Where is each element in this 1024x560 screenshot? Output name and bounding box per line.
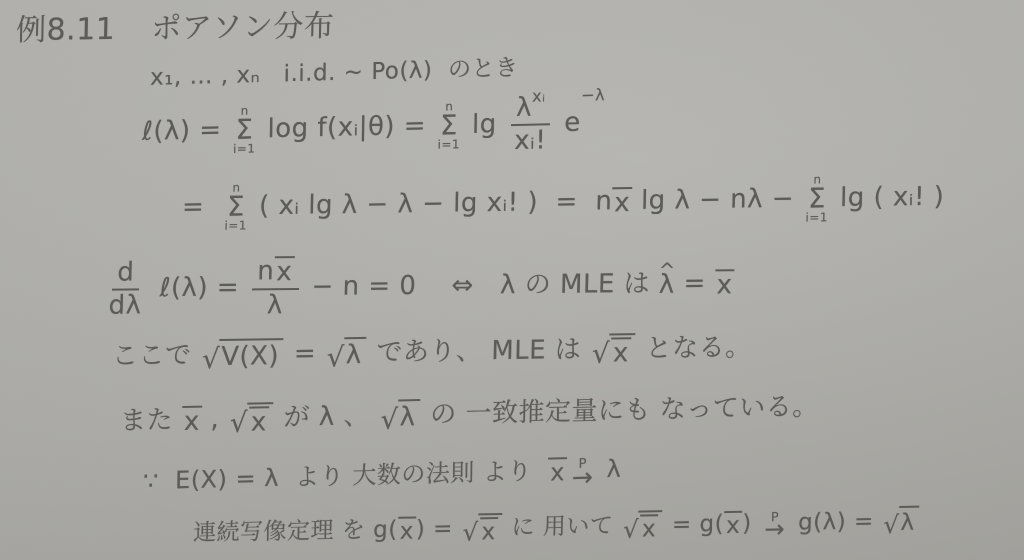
text-run: e <box>555 109 581 139</box>
sqrt-expression: √x <box>623 510 663 542</box>
superscript: xᵢ <box>532 89 546 105</box>
radicand: V(X) <box>219 338 284 373</box>
sqrt-expression: √x <box>462 513 502 545</box>
text-run: 連続写像定理 を g( <box>193 517 398 547</box>
arrow-shaft-icon: → <box>764 523 785 537</box>
text-run: また <box>120 406 182 437</box>
note-line-consistency: また x , √x が λ 、 √λ の 一致推定量にも なっている。 <box>120 391 819 440</box>
text-run: xᵢ! <box>514 128 546 156</box>
text-run: g(λ) = <box>790 509 882 537</box>
text-run: ℓ(λ) = <box>142 116 231 148</box>
bar-over: x <box>612 187 633 218</box>
sum-symbol: nΣi=1 <box>437 102 460 152</box>
bar-over: x <box>397 516 416 543</box>
radicand: λ <box>898 506 919 537</box>
text-run: log f(xᵢ|θ) = <box>259 112 436 146</box>
sqrt-sign-icon: √ <box>592 341 610 369</box>
note-line-lln: ∵ E(X) = λ より 大数の法則 より xP→ λ <box>143 456 621 497</box>
text-run: V(X) <box>221 342 280 373</box>
fraction: nxλ <box>251 256 300 320</box>
text-run: = g( <box>664 511 724 538</box>
denominator: xᵢ! <box>509 126 551 156</box>
text-run: が λ 、 <box>275 402 379 434</box>
text-run: = <box>285 340 325 370</box>
sqrt-sign-icon: √ <box>202 346 220 374</box>
numerator: λxᵢ <box>511 94 551 126</box>
radicand: λ <box>343 337 366 371</box>
sqrt-sign-icon: √ <box>883 513 899 537</box>
sqrt-expression: √λ <box>327 337 367 371</box>
bar-over: x <box>274 256 295 286</box>
text-run: 例8.11 <box>16 13 116 49</box>
note-line-derivative: ddλ ℓ(λ) = nxλ − n = 0 ⇔ λ の MLE は λ = x <box>99 252 735 321</box>
text-run: lg <box>463 111 506 142</box>
sqrt-expression: √λ <box>380 399 419 434</box>
text-run: = <box>182 193 222 223</box>
bar-over: x <box>611 337 632 368</box>
text-run: λ <box>900 510 915 537</box>
fraction: ddλ <box>103 259 147 320</box>
sigma-icon: Σ <box>235 118 253 144</box>
note-line-sqrt-v: ここで √V(X) = √λ であり、 MLE は √x となる。 <box>112 332 752 375</box>
text-run: ) = <box>416 516 461 543</box>
sqrt-sign-icon: √ <box>623 518 639 542</box>
numerator: d <box>112 259 140 291</box>
radicand: λ <box>397 399 419 433</box>
sqrt-expression: √V(X) <box>202 338 283 373</box>
bar-over: x <box>249 406 269 437</box>
sum-symbol: nΣi=1 <box>224 182 247 232</box>
sum-symbol: nΣi=1 <box>805 174 828 224</box>
note-line-heading: 例8.11ポアソン分布 <box>16 10 335 49</box>
arrow-shaft-icon: → <box>572 470 594 484</box>
text-run: λ <box>399 403 415 433</box>
text-run: , <box>202 405 229 435</box>
text-run: lg ( xᵢ! ) <box>831 183 945 214</box>
text-run: ここで <box>112 341 201 372</box>
note-line-setup: x₁, … , xₙ i.i.d. ∼ Po(λ) のとき <box>150 55 519 91</box>
note-line-cmt: 連続写像定理 を g(x) = √x に 用いて √x = g(x) P→ g(… <box>193 506 921 550</box>
text-run: λ <box>345 341 362 371</box>
bar-over: x <box>182 406 202 437</box>
text-run: λ <box>598 456 621 484</box>
sum-symbol: nΣi=1 <box>233 106 256 156</box>
text-run: の 一致推定量にも なっている。 <box>421 393 819 431</box>
radicand: x <box>609 333 636 368</box>
prob-convergence-arrow: P→ <box>572 457 594 485</box>
denominator: dλ <box>103 290 147 320</box>
notebook-page: 例8.11ポアソン分布x₁, … , xₙ i.i.d. ∼ Po(λ) のとき… <box>0 0 1024 560</box>
numerator: nx <box>252 256 300 291</box>
sigma-icon: Σ <box>227 194 245 220</box>
denominator: λ <box>262 290 289 320</box>
note-line-loglik: ℓ(λ) = nΣi=1 log f(xᵢ|θ) = nΣi=1 lg λxᵢx… <box>142 93 606 163</box>
sum-lower: i=1 <box>233 144 256 156</box>
text-run: dλ <box>108 292 142 320</box>
sigma-icon: Σ <box>440 114 458 140</box>
radicand: x <box>477 513 502 545</box>
text-run: ( xᵢ lg λ − λ − lg xᵢ! ) = n <box>250 187 613 222</box>
bar-over: x <box>548 457 567 486</box>
bar-over: x <box>479 517 498 544</box>
sum-lower: i=1 <box>805 212 828 224</box>
sqrt-expression: √x <box>230 402 273 437</box>
text-run: となる。 <box>637 334 752 366</box>
hat-over: λ <box>658 271 675 301</box>
sqrt-sign-icon: √ <box>462 520 478 544</box>
text-run: ℓ(λ) = <box>151 273 249 304</box>
text-run: ) <box>742 511 760 538</box>
text-run: − n = 0 ⇔ λ の MLE は <box>302 270 659 303</box>
text-run: d <box>117 259 135 286</box>
bar-over: x <box>724 511 743 538</box>
radicand: x <box>638 510 663 542</box>
text-run: λ <box>516 95 532 123</box>
text-run: に 用いて <box>503 513 621 541</box>
sqrt-sign-icon: √ <box>380 406 398 434</box>
text-run: であり、 MLE は <box>367 336 590 369</box>
note-line-expand: = nΣi=1 ( xᵢ lg λ − λ − lg xᵢ! ) = nx lg… <box>182 173 945 233</box>
text-run: λ <box>267 292 284 319</box>
text-run: x₁, … , xₙ i.i.d. ∼ Po(λ) のとき <box>150 55 519 91</box>
text-run: ∵ E(X) = λ より 大数の法則 より <box>143 458 548 496</box>
text-run: n <box>257 258 275 285</box>
sum-lower: i=1 <box>224 220 247 232</box>
text-run: = <box>674 269 715 299</box>
bar-over: x <box>640 514 659 541</box>
prob-convergence-arrow: P→ <box>764 511 785 537</box>
text-run: ポアソン分布 <box>151 10 335 47</box>
sqrt-sign-icon: √ <box>327 344 345 372</box>
sqrt-sign-icon: √ <box>230 410 248 438</box>
fraction: λxᵢxᵢ! <box>509 94 552 156</box>
sqrt-expression: √λ <box>883 506 919 537</box>
sqrt-expression: √x <box>592 333 636 368</box>
sum-lower: i=1 <box>437 139 460 151</box>
bar-over: x <box>714 269 735 299</box>
sigma-icon: Σ <box>808 186 826 212</box>
superscript: −λ <box>581 87 605 104</box>
radicand: x <box>247 402 273 437</box>
text-run: lg λ − nλ − <box>632 185 803 217</box>
